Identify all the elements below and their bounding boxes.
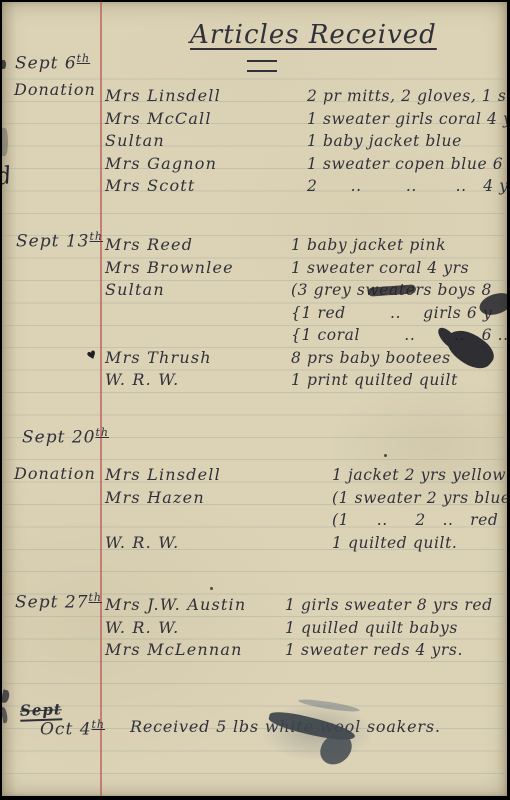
entry-list: Mrs Reed 1 baby jacket pink Mrs Brownlee… (2, 234, 507, 392)
footer-date: Oct 4th (40, 718, 105, 740)
item-text: 1 baby jacket blue (307, 130, 462, 153)
entry-list: Mrs J.W. Austin 1 girls sweater 8 yrs re… (2, 594, 507, 662)
entry-row: W. R. W. 1 quilted quilt. (2, 532, 507, 555)
footer-ink-smudge-streak (298, 697, 360, 714)
entry-list: Mrs Linsdell 2 pr mitts, 2 gloves, 1 soc… (2, 85, 507, 198)
left-edge-tick (2, 707, 8, 724)
left-edge-mark (2, 60, 6, 69)
scanned-ledger-photo: { "title": "Articles Received", "section… (0, 0, 510, 800)
date-suffix: th (77, 52, 91, 65)
entry-row: Mrs McLennan 1 sweater reds 4 yrs. (2, 639, 507, 662)
entry-row: Sultan (3 grey sweaters boys 8 (2, 279, 507, 302)
paper-speck (210, 587, 213, 590)
donor-name: Mrs Linsdell (105, 85, 221, 108)
item-text: 1 sweater reds 4 yrs. (285, 639, 463, 662)
entry-row: {1 coral .. .. 6 .. (2, 324, 507, 347)
item-text: 1 quilted quilt. (332, 532, 457, 555)
entry-row: (1 .. 2 .. red (2, 509, 507, 532)
donor-name: Mrs J.W. Austin (105, 594, 246, 617)
donor-name: Mrs Reed (105, 234, 193, 257)
item-text: {1 coral .. .. 6 .. (291, 324, 507, 347)
entry-row: Mrs Scott 2 .. .. .. 4 yrs (2, 175, 507, 198)
left-edge-tick (2, 689, 10, 703)
donor-name: Mrs Linsdell (105, 464, 221, 487)
donor-name: Mrs Brownlee (105, 257, 234, 280)
item-text: 1 quilled quilt babys (285, 617, 458, 640)
date-suffix: th (95, 426, 109, 439)
donor-name: W. R. W. (105, 369, 179, 392)
entry-row: Mrs Gagnon 1 sweater copen blue 6 yrs (2, 153, 507, 176)
date-suffix: th (92, 718, 106, 731)
donor-name: Mrs Scott (105, 175, 196, 198)
donor-name: W. R. W. (105, 617, 179, 640)
title-double-underline (247, 60, 277, 72)
item-text: 2 pr mitts, 2 gloves, 1 sockes (307, 85, 507, 108)
date-text: Sept 20 (22, 428, 95, 448)
donor-name: Mrs Thrush (105, 347, 212, 370)
item-text: 1 baby jacket pink (291, 234, 446, 257)
entry-row: Mrs J.W. Austin 1 girls sweater 8 yrs re… (2, 594, 507, 617)
item-text: 8 prs baby bootees (291, 347, 451, 370)
paper-speck (384, 454, 387, 457)
entry-row: Mrs Hazen (1 sweater 2 yrs blue (2, 487, 507, 510)
entry-row: Mrs Reed 1 baby jacket pink (2, 234, 507, 257)
entry-list: Mrs Linsdell 1 jacket 2 yrs yellow Mrs H… (2, 464, 507, 554)
date-text: Sept 6 (15, 54, 77, 74)
date-text: Oct 4 (40, 720, 92, 740)
ledger-page: Articles Received Sept 6th Donation Mrs … (2, 2, 507, 796)
entry-row: Mrs Linsdell 2 pr mitts, 2 gloves, 1 soc… (2, 85, 507, 108)
donor-name: Mrs McLennan (105, 639, 243, 662)
item-text: 2 .. .. .. 4 yrs (307, 175, 507, 198)
entry-row: W. R. W. 1 quilled quilt babys (2, 617, 507, 640)
item-text: {1 red .. girls 6 y (291, 302, 492, 325)
footer-note: Received 5 lbs white wool soakers. (130, 717, 441, 736)
item-text: (1 sweater 2 yrs blue (332, 487, 507, 510)
donor-name: W. R. W. (105, 532, 179, 555)
entry-row: Mrs Linsdell 1 jacket 2 yrs yellow (2, 464, 507, 487)
donor-name: Mrs McCall (105, 108, 212, 131)
section-date: Sept 6th (15, 52, 90, 74)
entry-row: Mrs Brownlee 1 sweater coral 4 yrs (2, 257, 507, 280)
donor-name: Sultan (105, 279, 165, 302)
item-text: 1 sweater girls coral 4 yrs (307, 108, 507, 131)
item-text: 1 jacket 2 yrs yellow (332, 464, 506, 487)
item-text: (1 .. 2 .. red (332, 509, 498, 532)
donor-name: Mrs Gagnon (105, 153, 217, 176)
entry-row: Sultan 1 baby jacket blue (2, 130, 507, 153)
entry-row: {1 red .. girls 6 y (2, 302, 507, 325)
entry-row: Mrs McCall 1 sweater girls coral 4 yrs (2, 108, 507, 131)
page-title: Articles Received (190, 20, 420, 50)
donor-name: Mrs Hazen (105, 487, 205, 510)
item-text: 1 sweater coral 4 yrs (291, 257, 469, 280)
item-text: 1 sweater copen blue 6 yrs (307, 153, 507, 176)
item-text: 1 girls sweater 8 yrs red (285, 594, 493, 617)
donor-name: Sultan (105, 130, 165, 153)
entry-row: Mrs Thrush 8 prs baby bootees (2, 347, 507, 370)
item-text: 1 print quilted quilt (291, 369, 458, 392)
section-date: Sept 20th (22, 426, 109, 448)
entry-row: W. R. W. 1 print quilted quilt (2, 369, 507, 392)
item-text: (3 grey sweaters boys 8 (291, 279, 492, 302)
